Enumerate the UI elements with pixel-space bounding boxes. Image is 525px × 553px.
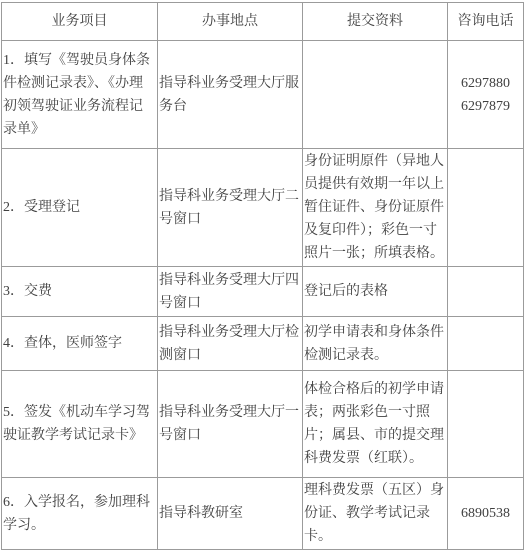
cell-business-item: 4．查体，医师签字 [2,317,158,371]
cell-consultation-phone [448,149,524,267]
business-process-table: 业务项目 办事地点 提交资料 咨询电话 1．填写《驾驶员身体条件检测记录表》、《… [1,2,524,550]
cell-consultation-phone [448,317,524,371]
cell-business-item: 5．签发《机动车学习驾驶证教学考试记录卡》 [2,371,158,478]
cell-consultation-phone [448,267,524,317]
cell-consultation-phone: 6297880 6297879 [448,41,524,149]
table-row: 6．入学报名，参加理科学习。 指导科教研室 理科费发票（五区）身份证、教学考试记… [2,478,524,550]
cell-consultation-phone: 6890538 [448,478,524,550]
cell-submitted-materials [303,41,448,149]
table-row: 4．查体，医师签字 指导科业务受理大厅检测窗口 初学申请表和身体条件检测记录表。 [2,317,524,371]
cell-business-item: 3．交费 [2,267,158,317]
cell-office-location: 指导科业务受理大厅服务台 [158,41,303,149]
cell-office-location: 指导科业务受理大厅检测窗口 [158,317,303,371]
cell-office-location: 指导科教研室 [158,478,303,550]
header-business-item: 业务项目 [2,3,158,41]
table-header-row: 业务项目 办事地点 提交资料 咨询电话 [2,3,524,41]
table-row: 5．签发《机动车学习驾驶证教学考试记录卡》 指导科业务受理大厅一号窗口 体检合格… [2,371,524,478]
cell-submitted-materials: 初学申请表和身体条件检测记录表。 [303,317,448,371]
cell-submitted-materials: 体检合格后的初学申请表；两张彩色一寸照片；属县、市的提交理科费发票（红联）。 [303,371,448,478]
cell-office-location: 指导科业务受理大厅二号窗口 [158,149,303,267]
table-row: 3．交费 指导科业务受理大厅四号窗口 登记后的表格 [2,267,524,317]
phone-number-line: 6297880 [449,72,522,95]
table-row: 2．受理登记 指导科业务受理大厅二号窗口 身份证明原件（异地人员提供有效期一年以… [2,149,524,267]
cell-consultation-phone [448,371,524,478]
phone-number-line: 6297879 [449,95,522,118]
header-office-location: 办事地点 [158,3,303,41]
cell-office-location: 指导科业务受理大厅四号窗口 [158,267,303,317]
cell-submitted-materials: 理科费发票（五区）身份证、教学考试记录卡。 [303,478,448,550]
cell-business-item: 2．受理登记 [2,149,158,267]
cell-submitted-materials: 身份证明原件（异地人员提供有效期一年以上暂住证件、身份证原件及复印件）；彩色一寸… [303,149,448,267]
cell-office-location: 指导科业务受理大厅一号窗口 [158,371,303,478]
cell-submitted-materials: 登记后的表格 [303,267,448,317]
cell-business-item: 6．入学报名，参加理科学习。 [2,478,158,550]
cell-business-item: 1．填写《驾驶员身体条件检测记录表》、《办理初领驾驶证业务流程记录单》 [2,41,158,149]
header-consultation-phone: 咨询电话 [448,3,524,41]
table-row: 1．填写《驾驶员身体条件检测记录表》、《办理初领驾驶证业务流程记录单》 指导科业… [2,41,524,149]
header-submitted-materials: 提交资料 [303,3,448,41]
